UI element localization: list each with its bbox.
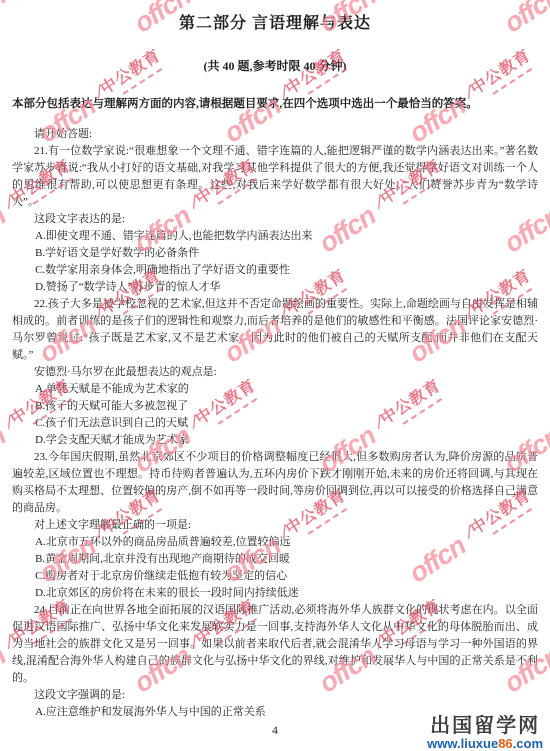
questions: 21.有一位数学家说:“很难想象一个文理不通、错字连篇的人,能把逻辑严谨的数学内…: [12, 143, 538, 721]
question-prompt: 这段文字强调的是:: [12, 687, 538, 704]
section-title: 第二部分 言语理解与表达: [12, 14, 538, 34]
question-option: A.北京市五环以外的商品房品质普遍较差,位置较偏远: [12, 534, 538, 551]
site-url-highlight: 86: [498, 736, 512, 751]
site-stamp: 出国留学网 www.liuxue86.com: [427, 715, 543, 750]
section-instruction: 本部分包括表达与理解两方面的内容,请根据题目要求,在四个选项中选出一个最恰当的答…: [12, 96, 538, 113]
site-url-suffix: .com: [513, 736, 543, 751]
question-prompt: 安德烈·马尔罗在此最想表达的观点是:: [12, 364, 538, 381]
question-stem: 24.目前正在向世界各地全面拓展的汉语国际推广活动,必须将海外华人族群文化的现状…: [12, 602, 538, 687]
question-option: D.北京郊区的房价将在未来的很长一段时间内持续低迷: [12, 585, 538, 602]
question-options: A.即使文理不通、错字连篇的人,也能把数学内涵表达出来B.学好语文是学好数学的必…: [12, 228, 538, 296]
question-block: 24.目前正在向世界各地全面拓展的汉语国际推广活动,必须将海外华人族群文化的现状…: [12, 602, 538, 721]
question-option: C.孩子们无法意识到自己的天赋: [12, 415, 538, 432]
question-stem: 22.孩子大多是被学校忽视的艺术家,但这并不否定命题绘画的重要性。实际上,命题绘…: [12, 296, 538, 364]
question-stem: 21.有一位数学家说:“很难想象一个文理不通、错字连篇的人,能把逻辑严谨的数学内…: [12, 143, 538, 211]
question-option: C.购房者对于北京房价继续走低抱有较为坚定的信心: [12, 568, 538, 585]
page-content: 第二部分 言语理解与表达 (共 40 题,参考时限 40 分钟) 本部分包括表达…: [0, 0, 550, 721]
question-option: A.即使文理不通、错字连篇的人,也能把数学内涵表达出来: [12, 228, 538, 245]
question-option: A.单凭天赋是不能成为艺术家的: [12, 381, 538, 398]
question-stem: 23.今年国庆假期,虽然北京郊区不少项目的价格调整幅度已经很大,但多数购房者认为…: [12, 449, 538, 517]
question-block: 21.有一位数学家说:“很难想象一个文理不通、错字连篇的人,能把逻辑严谨的数学内…: [12, 143, 538, 296]
question-options: A.单凭天赋是不能成为艺术家的B.孩子的天赋可能大多被忽视了C.孩子们无法意识到…: [12, 381, 538, 449]
question-option: C.数学家用亲身体会,明确地指出了学好语文的重要性: [12, 262, 538, 279]
question-prompt: 对上述文字理解最正确的一项是:: [12, 517, 538, 534]
section-meta: (共 40 题,参考时限 40 分钟): [12, 58, 538, 75]
question-option: B.学好语文是学好数学的必备条件: [12, 245, 538, 262]
site-url: www.liuxue86.com: [427, 737, 543, 750]
start-note: 请开始答题:: [12, 126, 538, 143]
question-option: D.学会支配天赋才能成为艺术家: [12, 432, 538, 449]
question-block: 23.今年国庆假期,虽然北京郊区不少项目的价格调整幅度已经很大,但多数购房者认为…: [12, 449, 538, 602]
question-options: A.北京市五环以外的商品房品质普遍较差,位置较偏远B.黄金周期间,北京并没有出现…: [12, 534, 538, 602]
question-option: B.孩子的天赋可能大多被忽视了: [12, 398, 538, 415]
site-logo-text: 出国留学网: [427, 715, 543, 737]
question-prompt: 这段文字表达的是:: [12, 211, 538, 228]
document-page: 第二部分 言语理解与表达 (共 40 题,参考时限 40 分钟) 本部分包括表达…: [0, 0, 550, 751]
question-block: 22.孩子大多是被学校忽视的艺术家,但这并不否定命题绘画的重要性。实际上,命题绘…: [12, 296, 538, 449]
site-url-prefix: www.liuxue: [427, 736, 498, 751]
question-option: B.黄金周期间,北京并没有出现地产商期待的成交回暖: [12, 551, 538, 568]
question-option: D.赞扬了“数学诗人”苏步青的惊人才华: [12, 279, 538, 296]
